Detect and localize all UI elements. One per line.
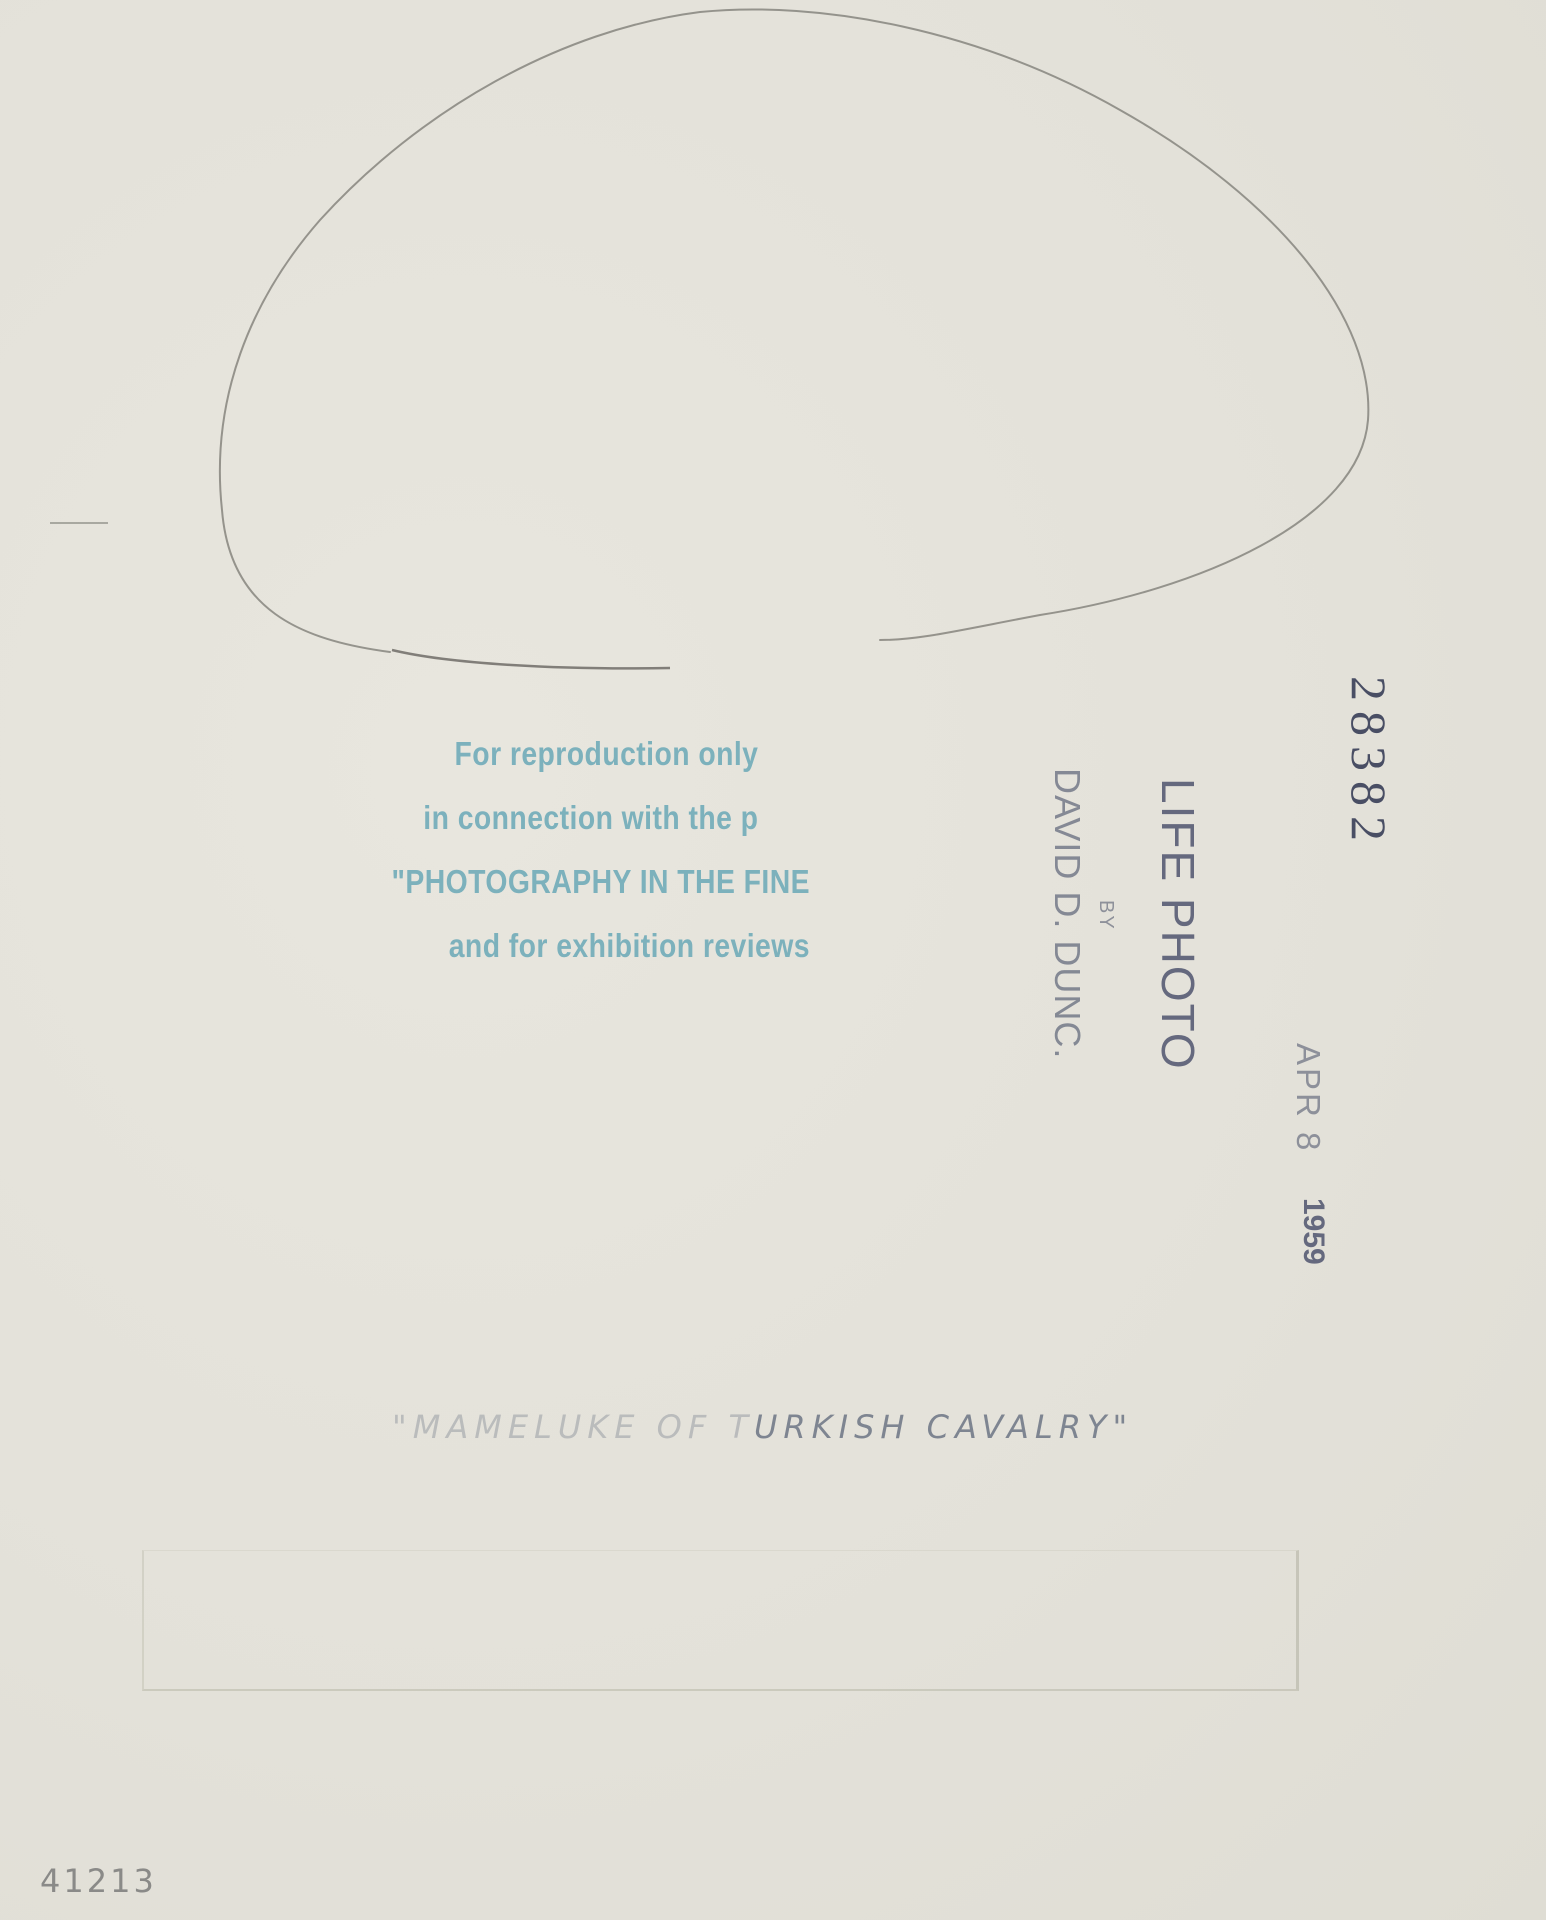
date-stamp-year: 1959 [1296,1198,1330,1265]
photographer-credit: DAVID D. DUNC. [1046,768,1088,1059]
inventory-number: 41213 [40,1862,157,1900]
mount-adhesive-outline [142,1550,1299,1691]
pencil-crop-oval [0,0,1546,700]
caption-close-quote: " [1112,1408,1133,1446]
stamp-line: and for exhibition reviews [363,914,810,978]
reproduction-rights-stamp: For reproduction only in connection with… [363,722,810,978]
caption-open-quote: " [392,1408,413,1446]
caption-faint-part: MAMELUKE [413,1408,641,1446]
date-stamp-month-day: APR 8 [1289,1043,1327,1153]
caption-middle-part: OF T [641,1408,754,1446]
pencil-dash-mark [50,522,108,524]
by-label: BY [1094,900,1117,931]
stamp-line: For reproduction only [363,722,810,786]
stamp-line: "PHOTOGRAPHY IN THE FINE [363,850,810,914]
life-photo-stamp: LIFE PHOTO [1151,778,1205,1071]
handwritten-caption: "MAMELUKE OF TURKISH CAVALRY" [392,1408,1133,1446]
caption-clear-part: URKISH CAVALRY [754,1408,1112,1446]
negative-number-stamp: 28382 [1340,676,1398,851]
stamp-line: in connection with the p [363,786,810,850]
